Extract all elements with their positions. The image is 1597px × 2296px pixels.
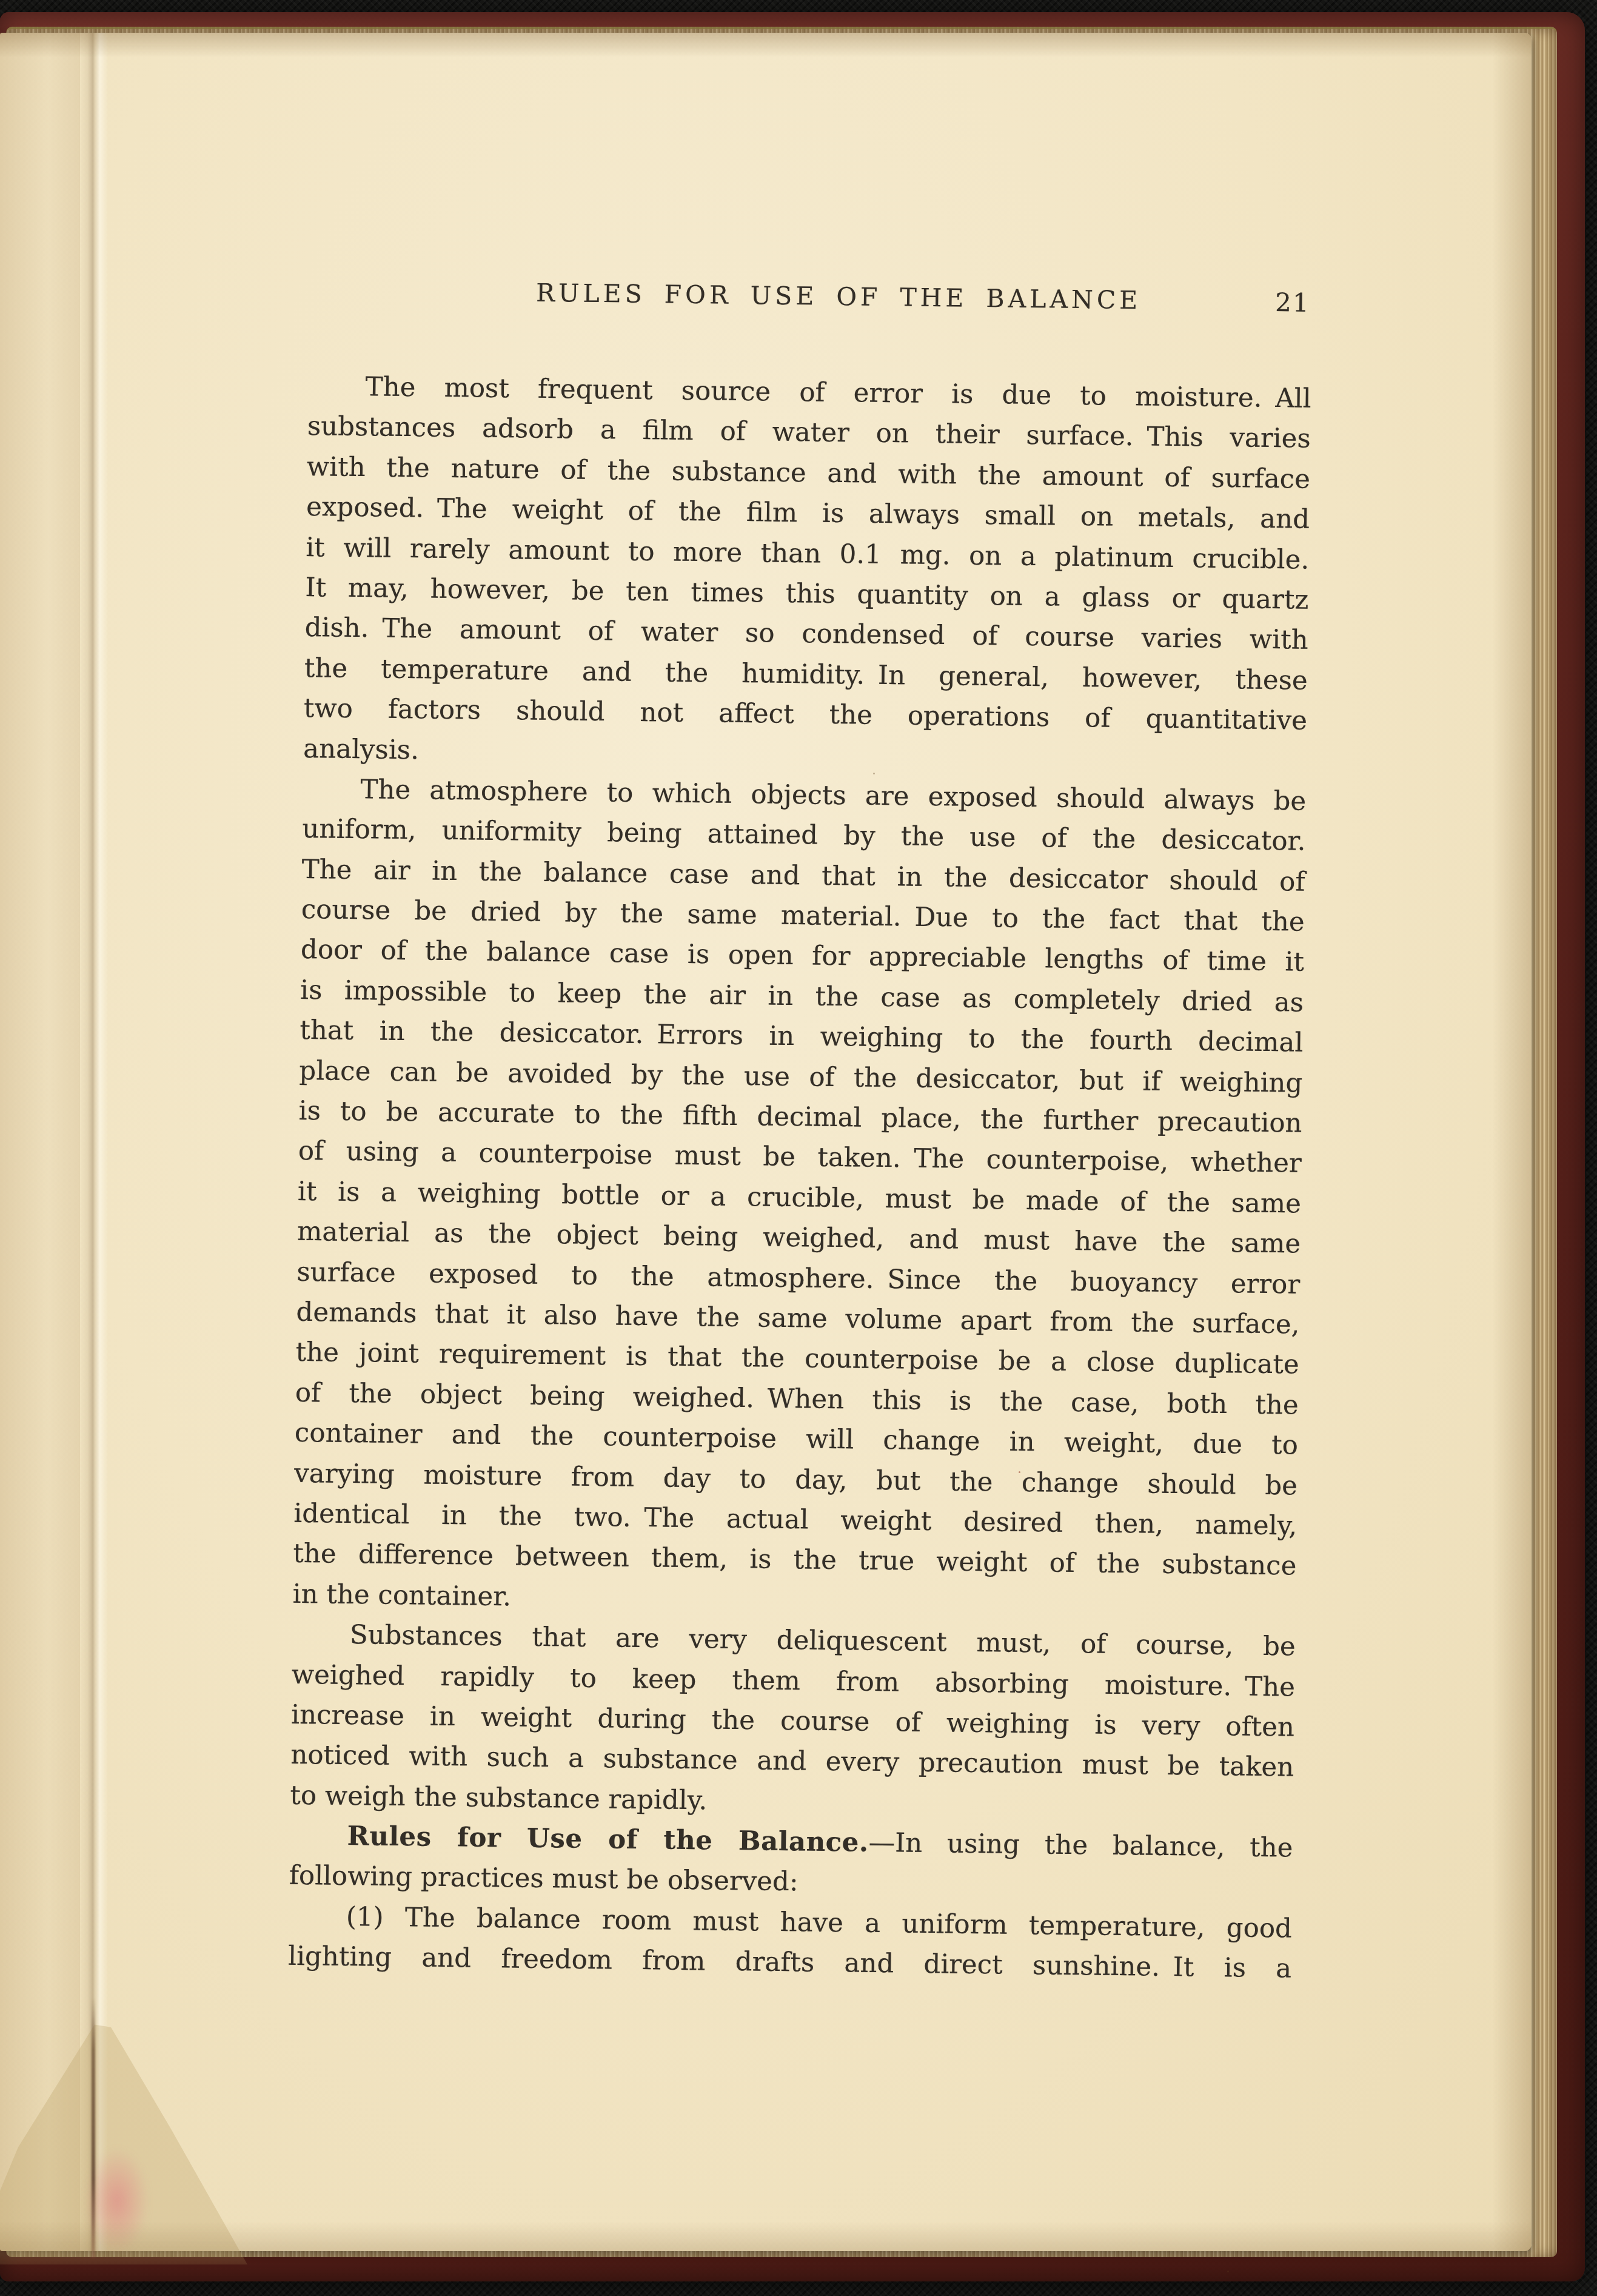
pink-stain xyxy=(72,2125,162,2277)
book-page: RULES FOR USE OF THE BALANCE 21 The most… xyxy=(0,33,1532,2251)
page-text-block: RULES FOR USE OF THE BALANCE 21 The most… xyxy=(288,275,1313,1989)
crease-crack xyxy=(92,1998,95,2258)
left-page-fold xyxy=(0,33,80,2251)
page-crease xyxy=(79,33,108,2251)
book-scan-photo: RULES FOR USE OF THE BALANCE 21 The most… xyxy=(0,0,1597,2296)
bold-lead: Rules for Use of the Balance. xyxy=(347,1821,869,1858)
page-number: 21 xyxy=(1275,287,1310,318)
page-text: The most frequent source of error is due… xyxy=(288,366,1311,1989)
running-title: RULES FOR USE OF THE BALANCE xyxy=(536,278,1142,315)
page-header: RULES FOR USE OF THE BALANCE 21 xyxy=(309,275,1313,324)
